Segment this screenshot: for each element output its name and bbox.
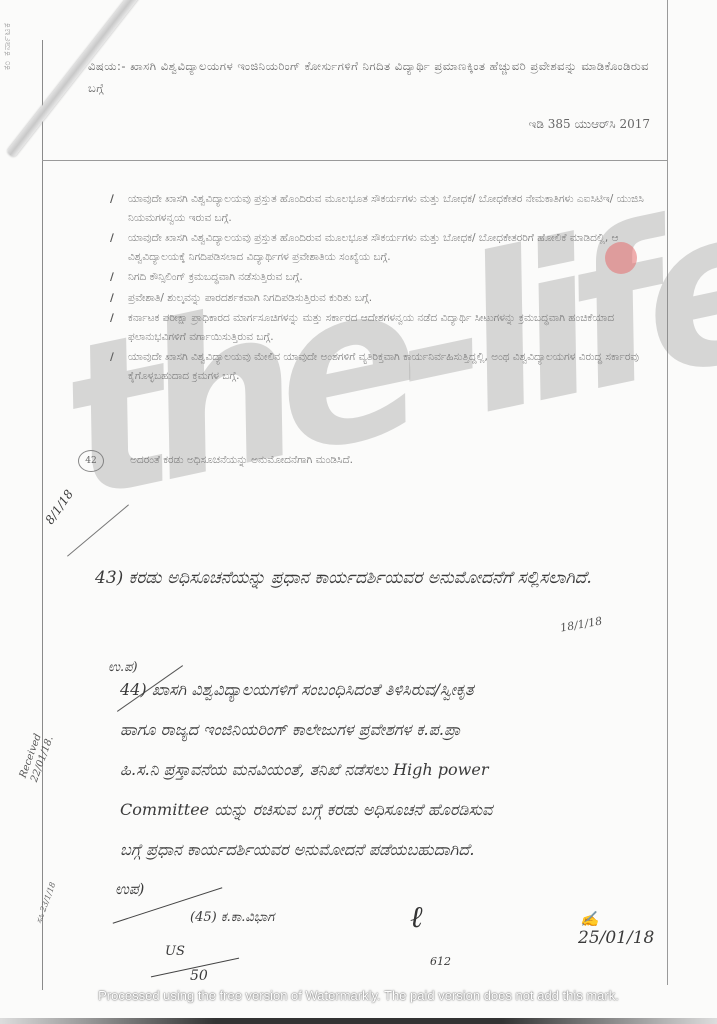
note-44-line: 44) ಖಾಸಗಿ ವಿಶ್ವವಿದ್ಯಾಲಯಗಳಿಗೆ ಸಂಬಂಧಿಸಿದಂತ… (120, 670, 665, 710)
document-page: ಕಂ ಕರ್ನಾಟಕ ವಿಷಯ:- ಖಾಸಗಿ ವಿಶ್ವವಿದ್ಯಾಲಯಗಳ … (0, 0, 717, 1024)
note-44-line: Committee ಯನ್ನು ರಚಿಸುವ ಬಗ್ಗೆ ಕರಡು ಅಧಿಸೂಚ… (120, 790, 665, 830)
scan-edge (0, 1018, 717, 1024)
header-divider (42, 160, 668, 161)
signature-left-mark: ಉಪ) (115, 880, 144, 898)
initial-code: 612 (430, 955, 451, 968)
side-stamp: ಕಂ ಕರ್ನಾಟಕ (2, 0, 36, 70)
reference-number: ಇಡಿ 385 ಯುಆರ್‌ಸಿ 2017 (470, 117, 650, 132)
initial-date: 18/1/18 (559, 614, 603, 634)
final-signature-block: ✍ 25/01/18 (578, 910, 654, 948)
watermark-footer: Processed using the free version of Wate… (0, 988, 717, 1003)
received-note: Received 22/01/18. (18, 710, 64, 784)
margin-line-right (667, 0, 668, 985)
signature-icon: ✍ (580, 910, 654, 928)
seen-note: ಸಹಿ 23/1/18 (34, 874, 60, 924)
fifty-mark: 50 (190, 968, 208, 984)
final-date: 25/01/18 (578, 928, 654, 948)
signature-left-text: (45) ಕ.ಕಾ.ವಿಭಾಗ (190, 910, 274, 925)
note-44-line: ಬಗ್ಗೆ ಪ್ರಧಾನ ಕಾರ್ಯದರ್ಶಿಯವರ ಅನುಮೋದನೆ ಪಡೆಯ… (120, 830, 665, 870)
handwritten-note-43: 43) ಕರಡು ಅಧಿಸೂಚನೆಯನ್ನು ಪ್ರಧಾನ ಕಾರ್ಯದರ್ಶಿ… (95, 563, 655, 593)
margin-date: 8/1/18 (43, 487, 77, 527)
handwritten-note-44: 44) ಖಾಸಗಿ ವಿಶ್ವವಿದ್ಯಾಲಯಗಳಿಗೆ ಸಂಬಂಧಿಸಿದಂತ… (120, 670, 665, 870)
note-44-line: ಹಿ.ಸ.ನಿ ಪ್ರಸ್ತಾವನೆಯ ಮನವಿಯಂತೆ, ತನಿಖೆ ನಡೆಸ… (120, 750, 665, 790)
watermark-dot (605, 242, 637, 274)
note-44-line: ಹಾಗೂ ರಾಜ್ಯದ ಇಂಜಿನಿಯರಿಂಗ್ ಕಾಲೇಜುಗಳ ಪ್ರವೇಶ… (120, 710, 665, 750)
margin-line-left (42, 40, 43, 990)
subject-line: ವಿಷಯ:- ಖಾಸಗಿ ವಿಶ್ವವಿದ್ಯಾಲಯಗಳ ಇಂಜಿನಿಯರಿಂಗ… (88, 55, 658, 99)
initial-signature-icon: ℓ (410, 900, 423, 935)
us-mark: US (165, 944, 185, 959)
